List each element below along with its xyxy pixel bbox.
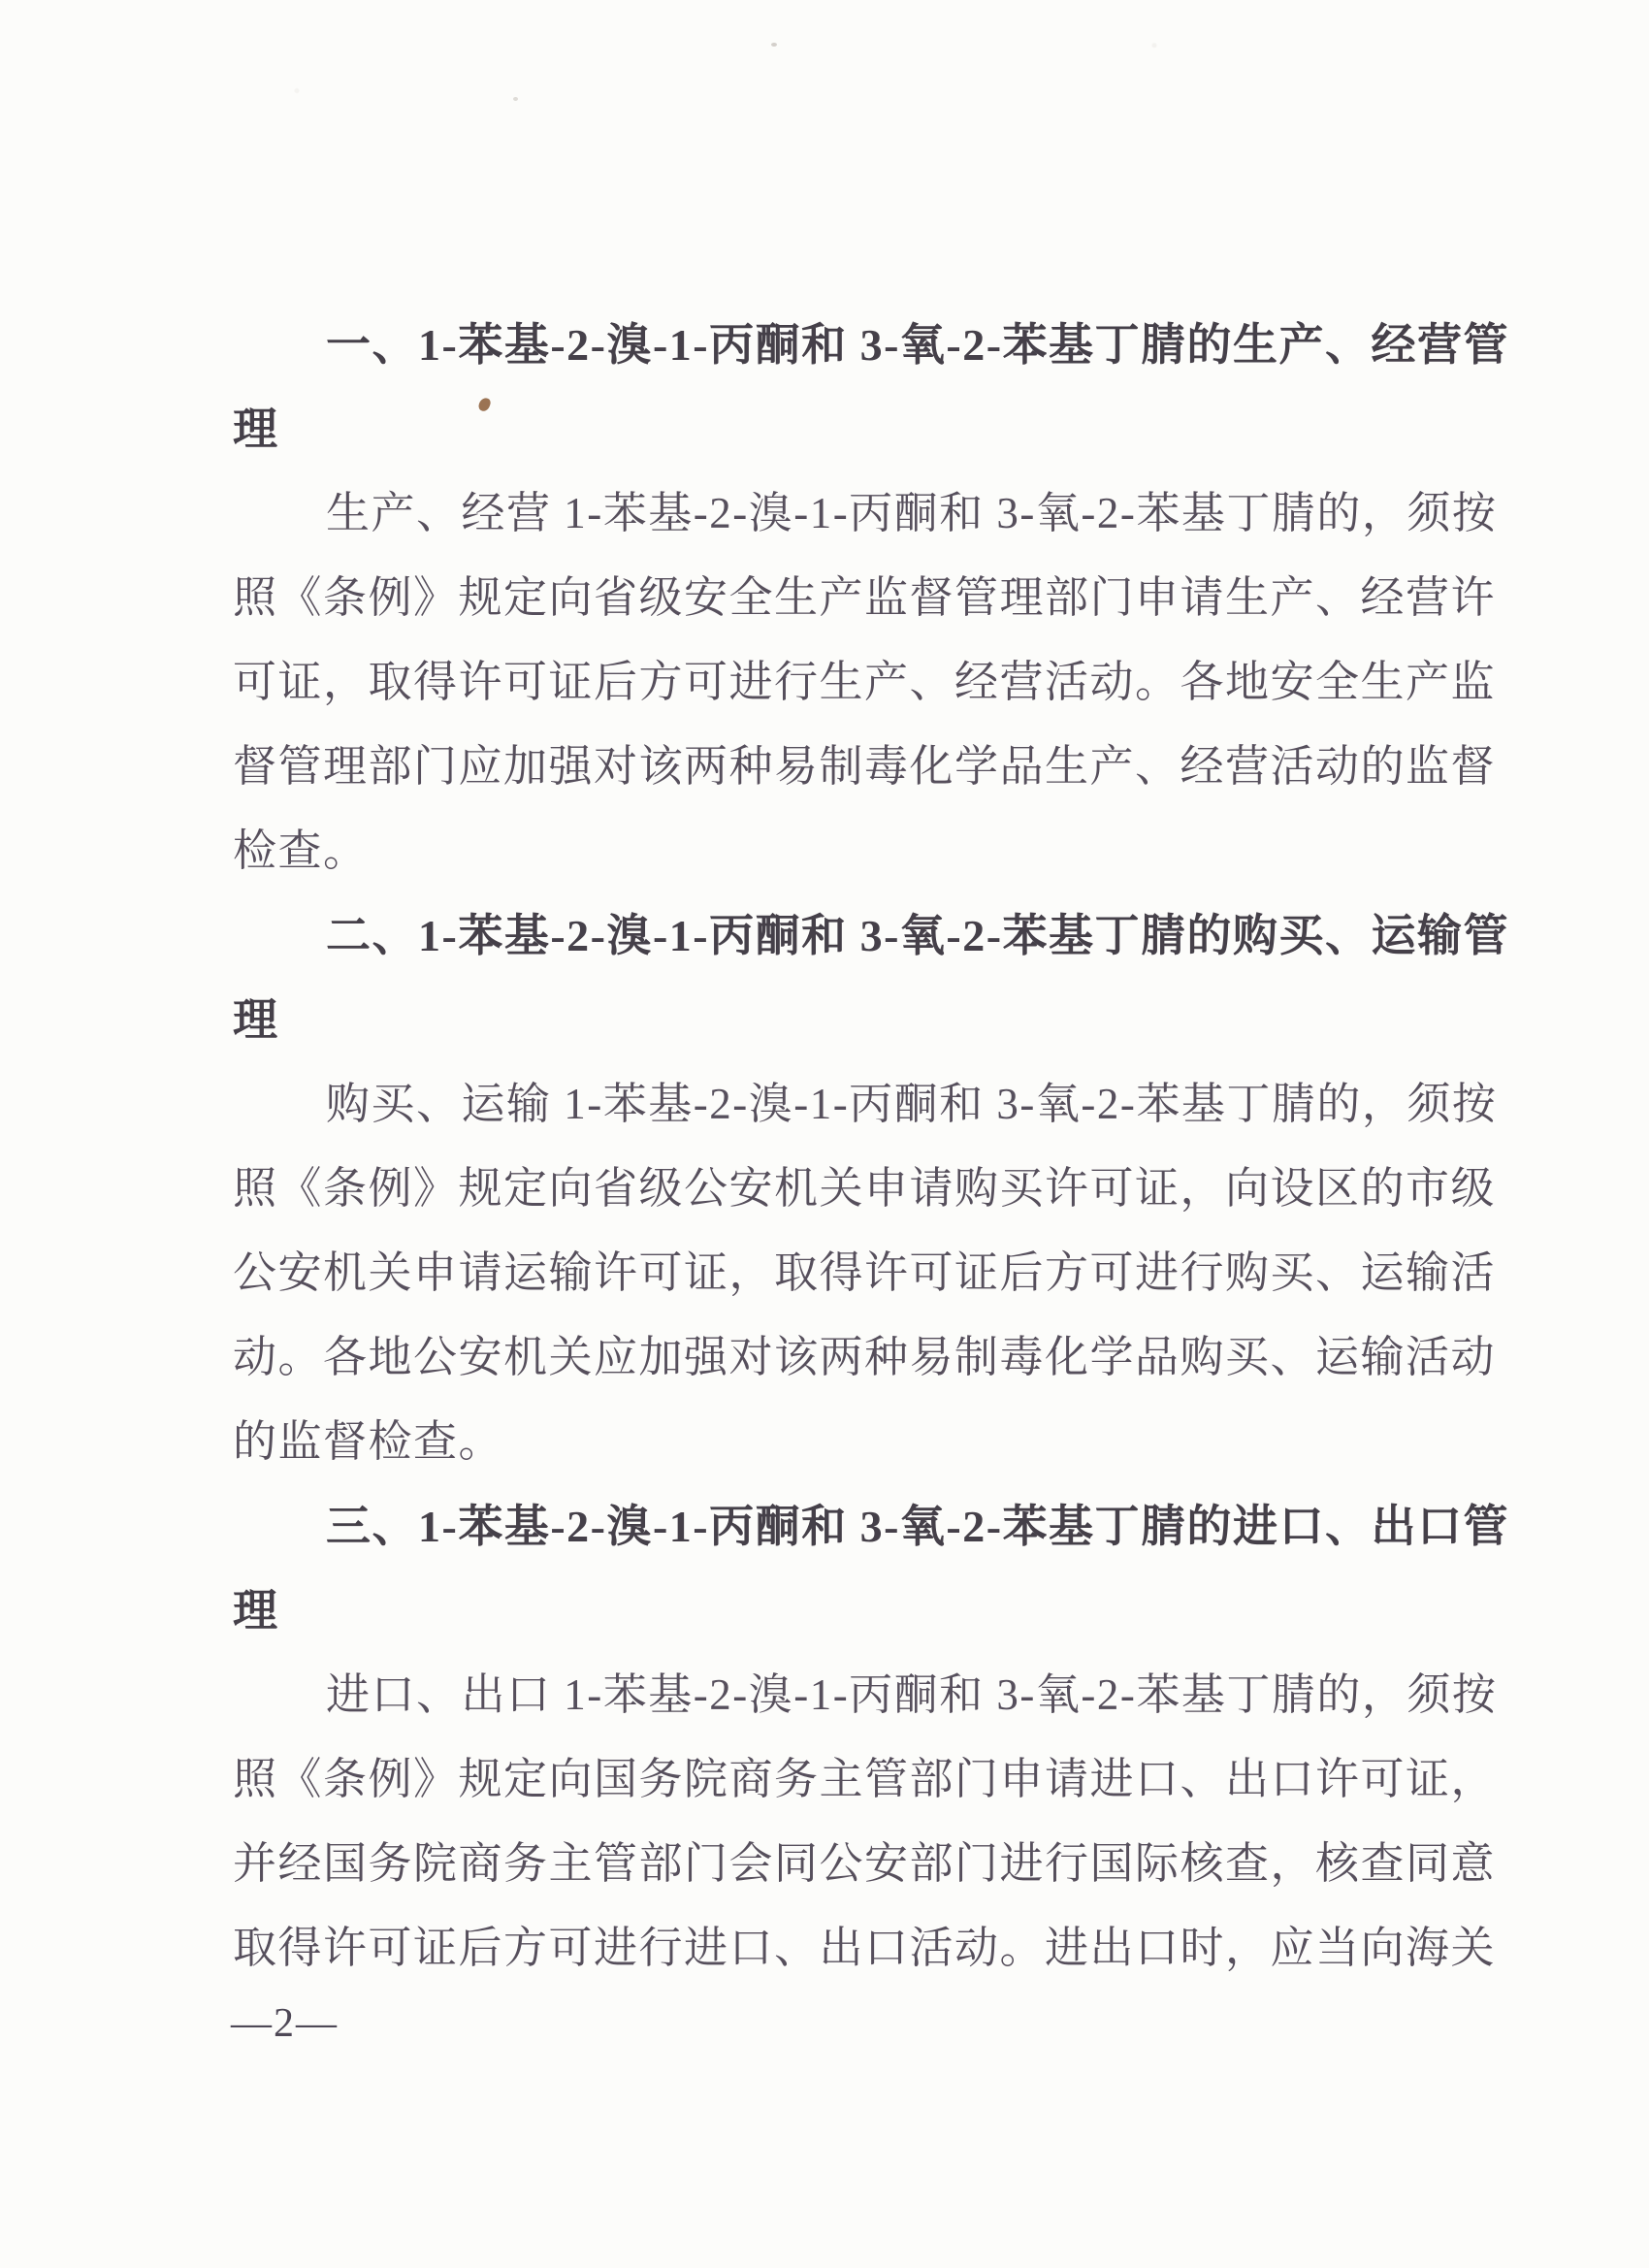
section-1-paragraph-line-2: 照《条例》规定向省级安全生产监督管理部门申请生产、经营许 — [233, 556, 1424, 640]
scanned-document-page: { "document": { "page_number": "—2—", "s… — [0, 0, 1649, 2268]
scan-dust-speck — [771, 43, 777, 47]
section-1-paragraph-line-5: 检查。 — [233, 809, 1424, 893]
section-1-paragraph-line-4: 督管理部门应加强对该两种易制毒化学品生产、经营活动的监督 — [233, 725, 1424, 809]
section-2-paragraph-line-2: 照《条例》规定向省级公安机关申请购买许可证，向设区的市级 — [233, 1147, 1424, 1231]
section-3-heading-line-2: 理 — [233, 1569, 1424, 1653]
section-1-heading-line-2: 理 — [233, 387, 1424, 471]
section-3-paragraph-line-3: 并经国务院商务主管部门会同公安部门进行国际核查，核查同意 — [233, 1822, 1424, 1906]
section-2-paragraph-line-4: 动。各地公安机关应加强对该两种易制毒化学品购买、运输活动 — [233, 1315, 1424, 1400]
section-2-paragraph-line-1: 购买、运输 1-苯基-2-溴-1-丙酮和 3-氧-2-苯基丁腈的，须按 — [233, 1062, 1424, 1147]
section-1-paragraph-line-3: 可证，取得许可证后方可进行生产、经营活动。各地安全生产监 — [233, 640, 1424, 725]
section-3-paragraph-line-4: 取得许可证后方可进行进口、出口活动。进出口时，应当向海关 — [233, 1906, 1424, 1991]
section-2-heading-line-1: 二、1-苯基-2-溴-1-丙酮和 3-氧-2-苯基丁腈的购买、运输管 — [233, 893, 1424, 978]
document-body: 一、1-苯基-2-溴-1-丙酮和 3-氧-2-苯基丁腈的生产、经营管 理 生产、… — [233, 303, 1424, 1991]
section-3-paragraph-line-1: 进口、出口 1-苯基-2-溴-1-丙酮和 3-氧-2-苯基丁腈的，须按 — [233, 1653, 1424, 1737]
section-1-paragraph-line-1: 生产、经营 1-苯基-2-溴-1-丙酮和 3-氧-2-苯基丁腈的，须按 — [233, 471, 1424, 556]
section-3-heading-line-1: 三、1-苯基-2-溴-1-丙酮和 3-氧-2-苯基丁腈的进口、出口管 — [233, 1484, 1424, 1569]
section-2-paragraph-line-3: 公安机关申请运输许可证，取得许可证后方可进行购买、运输活 — [233, 1231, 1424, 1315]
section-3-paragraph-line-2: 照《条例》规定向国务院商务主管部门申请进口、出口许可证， — [233, 1737, 1424, 1822]
section-1-heading-line-1: 一、1-苯基-2-溴-1-丙酮和 3-氧-2-苯基丁腈的生产、经营管 — [233, 303, 1424, 387]
page-number: —2— — [231, 1994, 339, 2053]
section-2-heading-line-2: 理 — [233, 978, 1424, 1062]
scan-dust-speck — [513, 97, 518, 101]
section-2-paragraph-line-5: 的监督检查。 — [233, 1400, 1424, 1484]
